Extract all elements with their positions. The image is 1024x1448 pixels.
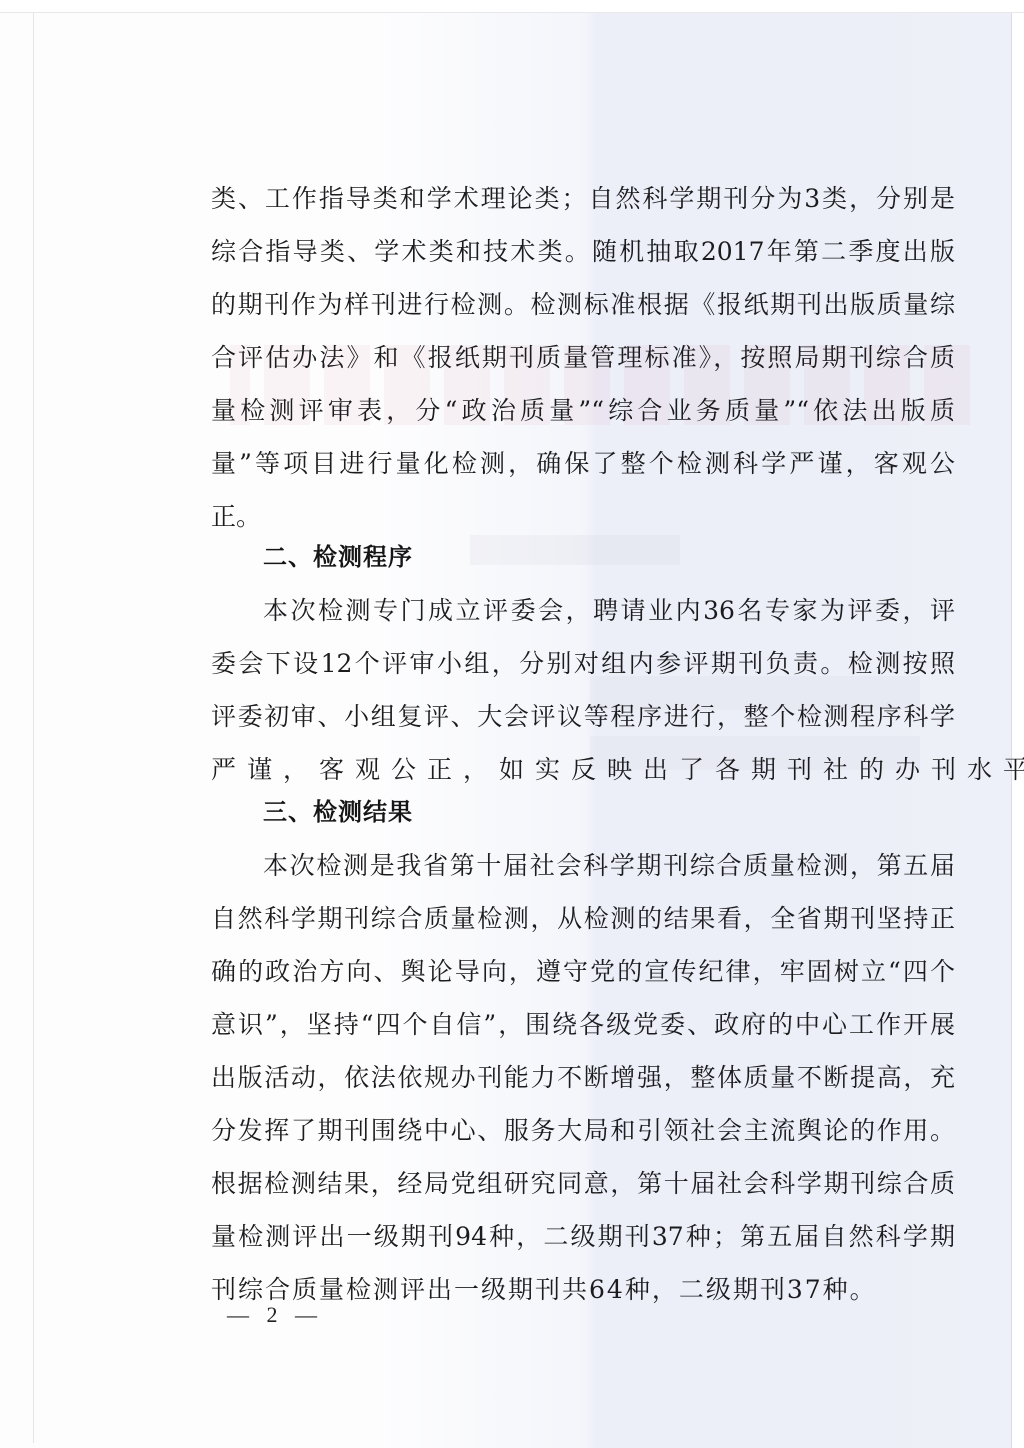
paragraph-line: 正。	[211, 490, 261, 543]
section-heading-results: 三、检测结果	[263, 786, 413, 839]
paragraph-line: 类、工作指导类和学术理论类；自然科学期刊分为3类，分别是	[211, 172, 955, 225]
paragraph-line: 意识”，坚持“四个自信”，围绕各级党委、政府的中心工作开展	[211, 998, 955, 1051]
paragraph-line: 量检测评审表，分“政治质量”“综合业务质量”“依法出版质	[211, 384, 955, 437]
scan-top-border	[0, 0, 1024, 13]
scanned-document-page: 类、工作指导类和学术理论类；自然科学期刊分为3类，分别是 综合指导类、学术类和技…	[0, 0, 1024, 1448]
paragraph-line: 确的政治方向、舆论导向，遵守党的宣传纪律，牢固树立“四个	[211, 945, 955, 998]
paragraph-line: 本次检测专门成立评委会，聘请业内36名专家为评委，评	[263, 584, 955, 637]
scan-right-edge	[1011, 13, 1024, 1448]
paragraph-line: 综合指导类、学术类和技术类。随机抽取2017年第二季度出版	[211, 225, 955, 278]
page-number: — 2 —	[227, 1302, 323, 1328]
paragraph-line: 出版活动，依法依规办刊能力不断增强，整体质量不断提高，充	[211, 1051, 955, 1104]
paragraph-line: 量检测评出一级期刊94种，二级期刊37种；第五届自然科学期	[211, 1210, 955, 1263]
paragraph-line: 本次检测是我省第十届社会科学期刊综合质量检测，第五届	[263, 839, 955, 892]
paragraph-line: 合评估办法》和《报纸期刊质量管理标准》，按照局期刊综合质	[211, 331, 955, 384]
scan-left-edge-line	[33, 13, 34, 1443]
paragraph-line: 量”等项目进行量化检测，确保了整个检测科学严谨，客观公	[211, 437, 955, 490]
paragraph-line: 委会下设12个评审小组，分别对组内参评期刊负责。检测按照	[211, 637, 955, 690]
paragraph-line: 的期刊作为样刊进行检测。检测标准根据《报纸期刊出版质量综	[211, 278, 955, 331]
paragraph-line: 评委初审、小组复评、大会评议等程序进行，整个检测程序科学	[211, 690, 955, 743]
paragraph-line: 根据检测结果，经局党组研究同意，第十届社会科学期刊综合质	[211, 1157, 955, 1210]
section-heading-procedure: 二、检测程序	[263, 531, 413, 584]
paragraph-line: 分发挥了期刊围绕中心、服务大局和引领社会主流舆论的作用。	[211, 1104, 955, 1157]
paragraph-line: 自然科学期刊综合质量检测，从检测的结果看，全省期刊坚持正	[211, 892, 955, 945]
